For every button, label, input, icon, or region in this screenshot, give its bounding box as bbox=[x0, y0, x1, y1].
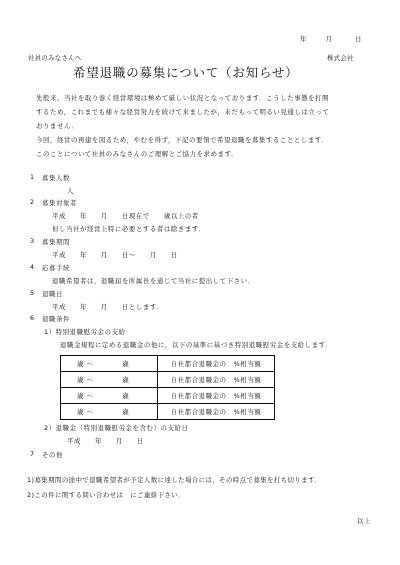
date-day: 日 bbox=[355, 34, 361, 43]
severance-table: 歳 ～ 歳 自社都合退職金の %相当額 歳 ～ 歳 自社都合退職金の %相当額 … bbox=[60, 355, 275, 420]
closing: 以上 bbox=[357, 516, 371, 525]
intro-line-3: おりません． bbox=[36, 121, 78, 130]
intro-line-5: このことについて社員のみなさんのご理解とご協力を求めます． bbox=[36, 149, 238, 158]
age-to: 歳 bbox=[122, 375, 129, 384]
age-range-cell: 歳 ～ 歳 bbox=[61, 404, 158, 420]
section-3-number: 3 bbox=[30, 237, 35, 245]
sender: 株式会社 bbox=[327, 53, 354, 62]
recipient: 社員のみなさんへ bbox=[28, 53, 81, 62]
section-7-heading: その他 bbox=[42, 450, 63, 459]
table-row: 歳 ～ 歳 自社都合退職金の %相当額 bbox=[61, 388, 275, 404]
section-2-heading: 募集対象者 bbox=[42, 198, 77, 207]
section-6-sub2-label: 2）退職金（特別退職慰労金を含む）の支給日 bbox=[44, 423, 188, 432]
section-4-number: 4 bbox=[30, 263, 35, 271]
intro-line-4: 今回，経営の再建を図るため，やむを得ず，下記の要領で希望退職を募集することとしま… bbox=[36, 135, 328, 144]
intro-line-2: するため，これまでも様々な経営努力を続けて来ましたが，未だもって明るい見通しは立… bbox=[36, 107, 329, 116]
section-5-body: 平成 年 月 日とします． bbox=[52, 302, 163, 311]
section-6-sub1-label: 1）特別退職慰労金の支給 bbox=[44, 327, 126, 336]
note-2: 2)この件に関する問い合わせは にご連絡下さい． bbox=[27, 490, 185, 499]
section-3-heading: 募集期間 bbox=[42, 237, 70, 246]
section-7-number: 7 bbox=[30, 450, 35, 458]
date-line: 年 月 日 bbox=[300, 26, 361, 45]
intro-line-1: 先般来，当社を取り巻く経営環境は極めて厳しい状況となっております．こうした事態を… bbox=[36, 93, 329, 102]
date-month: 月 bbox=[325, 34, 331, 43]
section-5-number: 5 bbox=[30, 289, 35, 297]
section-4-body: 退職希望者は，退職届を所属長を通じて当社に提出して下さい． bbox=[52, 276, 255, 285]
section-6-sub2-body: 平成 年 月 日 bbox=[67, 436, 144, 445]
amount-cell: 自社都合退職金の %相当額 bbox=[158, 404, 275, 420]
age-to: 歳 bbox=[122, 359, 129, 368]
section-1-body: 人 bbox=[67, 186, 74, 195]
section-6-number: 6 bbox=[30, 314, 35, 322]
amount-cell: 自社都合退職金の %相当額 bbox=[158, 372, 275, 388]
date-year: 年 bbox=[300, 34, 306, 43]
table-row: 歳 ～ 歳 自社都合退職金の %相当額 bbox=[61, 404, 275, 420]
table-row: 歳 ～ 歳 自社都合退職金の %相当額 bbox=[61, 356, 275, 372]
age-range-cell: 歳 ～ 歳 bbox=[61, 388, 158, 404]
section-5-heading: 退職日 bbox=[42, 289, 63, 298]
section-6-sub1-body: 退職金規程に定める退職金の他に，以下の基準に基づき特別退職慰労金を支給します． bbox=[60, 340, 332, 349]
age-to: 歳 bbox=[122, 391, 129, 400]
amount-cell: 自社都合退職金の %相当額 bbox=[158, 356, 275, 372]
section-6-heading: 退職条件 bbox=[42, 314, 70, 323]
section-2-number: 2 bbox=[30, 198, 35, 206]
table-row: 歳 ～ 歳 自社都合退職金の %相当額 bbox=[61, 372, 275, 388]
section-3-body: 平成 年 月 日～ 月 日 bbox=[52, 250, 178, 259]
age-range-cell: 歳 ～ 歳 bbox=[61, 356, 158, 372]
age-range-cell: 歳 ～ 歳 bbox=[61, 372, 158, 388]
amount-cell: 自社都合退職金の %相当額 bbox=[158, 388, 275, 404]
age-to: 歳 bbox=[122, 407, 129, 416]
section-2-line-1: 平成 年 月 日現在で 歳以上の者 bbox=[52, 211, 199, 220]
page-title: 希望退職の募集について（お知らせ） bbox=[73, 63, 298, 81]
age-from: 歳 ～ bbox=[77, 359, 94, 368]
section-2-line-2: 但し当社が経営上特に必要とする者は除きます． bbox=[52, 224, 205, 233]
age-from: 歳 ～ bbox=[77, 391, 94, 400]
section-1-heading: 募集人数 bbox=[42, 173, 70, 182]
section-1-number: 1 bbox=[30, 173, 35, 181]
section-4-heading: 応募手続 bbox=[42, 263, 70, 272]
age-from: 歳 ～ bbox=[77, 375, 94, 384]
age-from: 歳 ～ bbox=[77, 407, 94, 416]
note-1: 1)募集期間の途中で退職希望者が予定人数に達した場合には，その時点で募集を打ち切… bbox=[27, 475, 321, 484]
